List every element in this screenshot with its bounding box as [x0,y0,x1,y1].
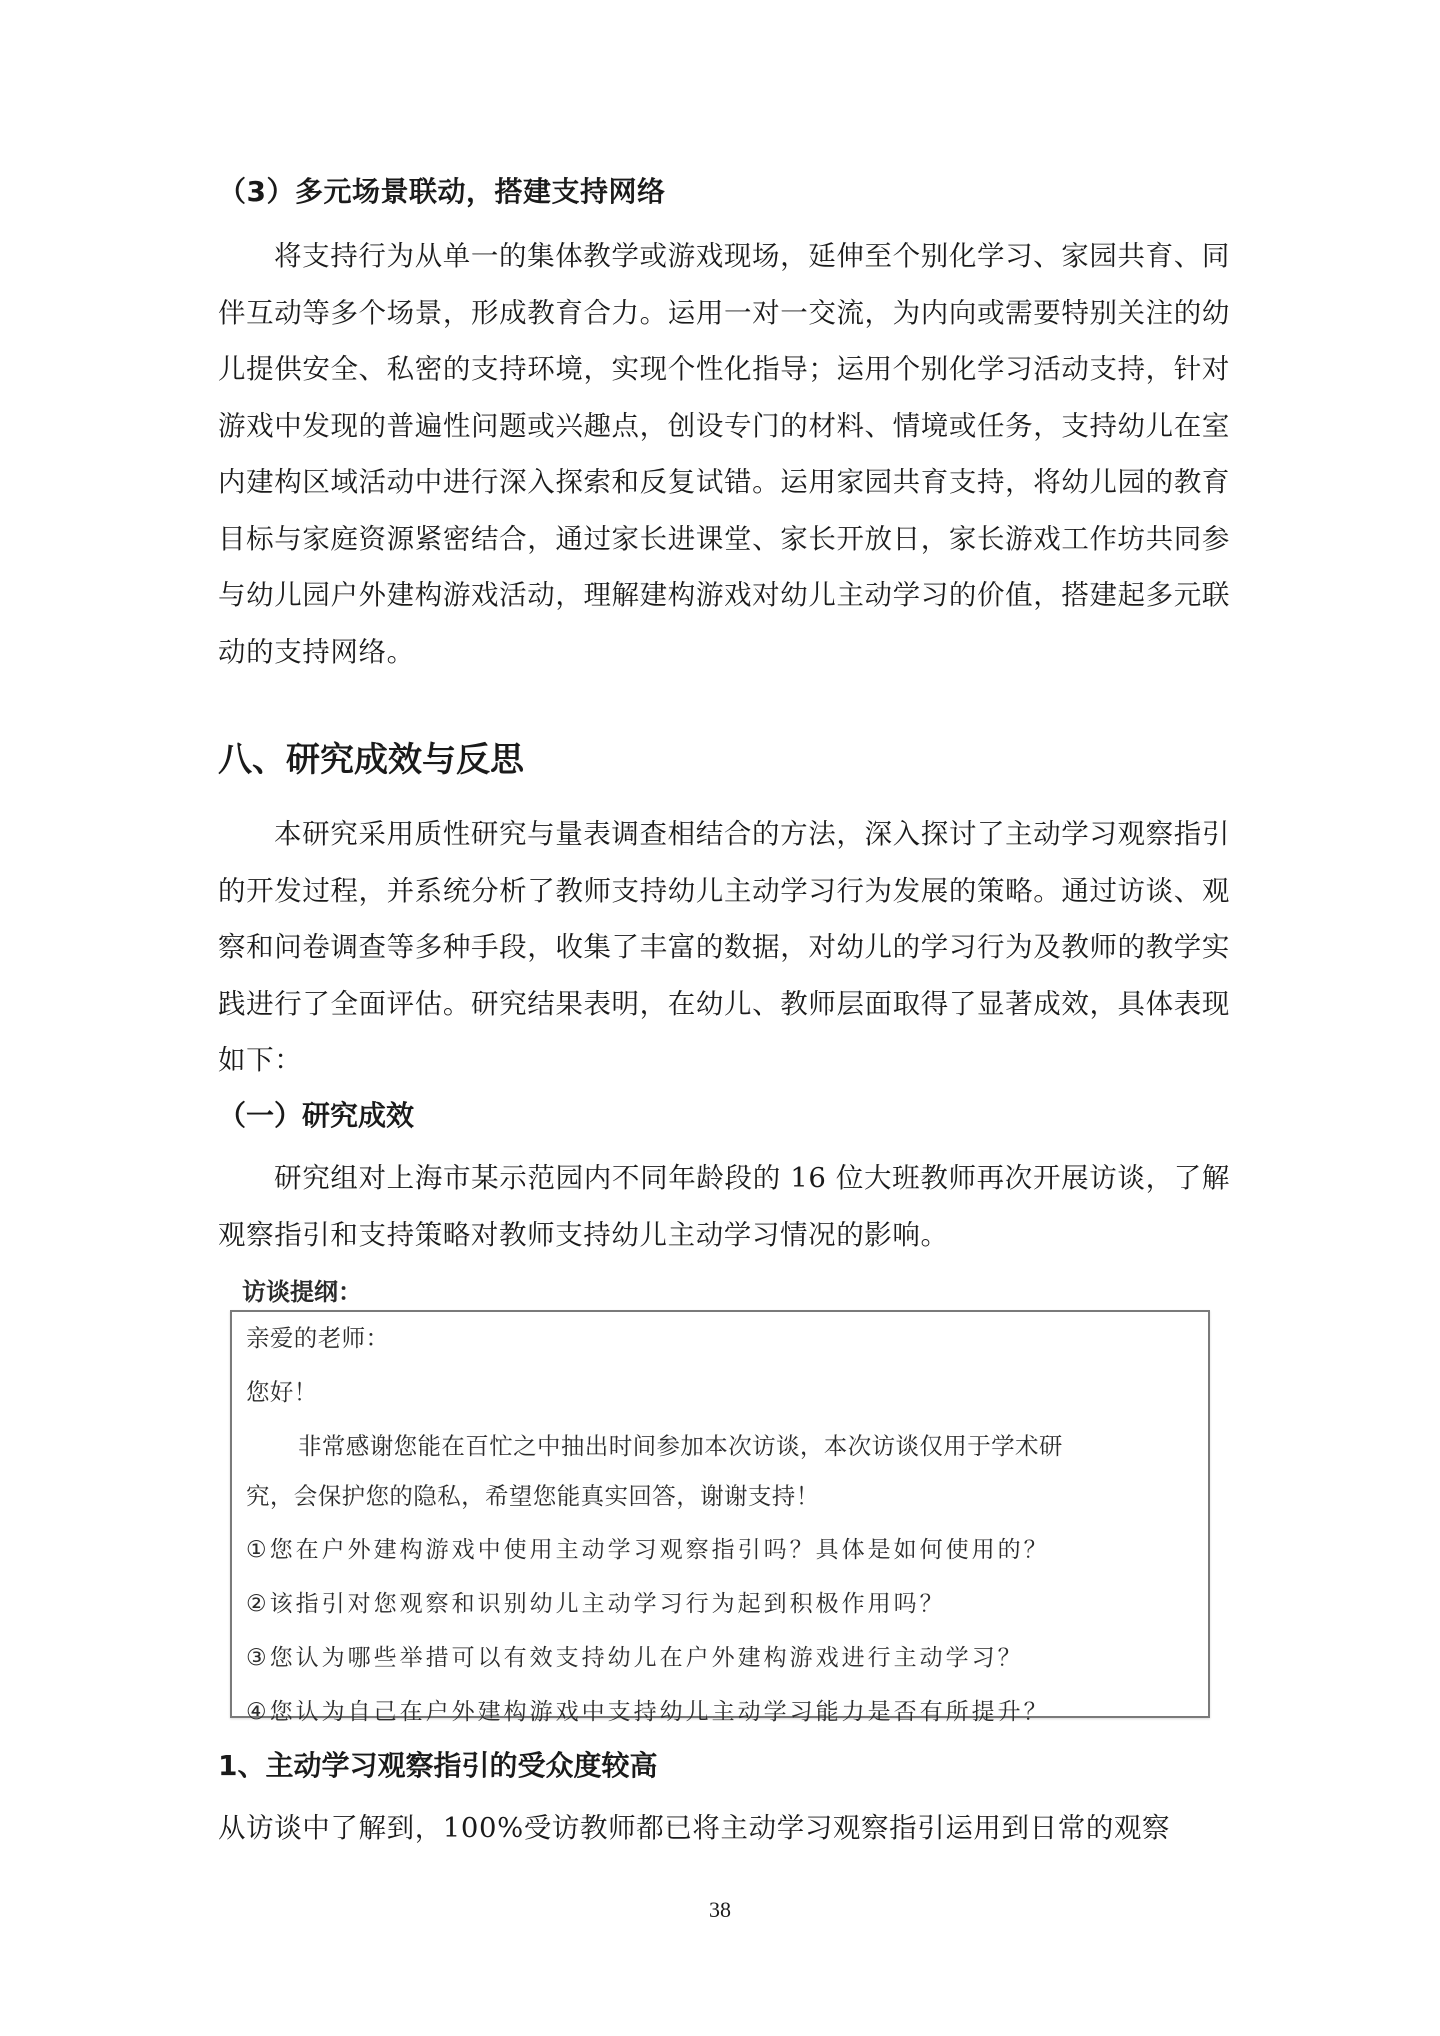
finding-paragraph: 从访谈中了解到，100%受访教师都已将主动学习观察指引运用到日常的观察 [218,1800,1230,1857]
section-paragraph: 将支持行为从单一的集体教学或游戏现场，延伸至个别化学习、家园共育、同伴互动等多个… [218,228,1230,680]
question-2: ②该指引对您观察和识别幼儿主动学习行为起到积极作用吗？ [246,1586,946,1622]
intro-line-1: 非常感谢您能在百忙之中抽出时间参加本次访谈，本次访谈仅用于学术研 [246,1428,1063,1464]
page-number: 38 [0,1896,1440,1924]
question-4: ④您认为自己在户外建构游戏中支持幼儿主动学习能力是否有所提升？ [246,1694,1050,1730]
paragraph-text: 研究组对上海市某示范园内不同年龄段的 16 位大班教师再次开展访谈，了解观察指引… [218,1162,1230,1251]
interview-outline-box: 亲爱的老师： 您好！ 非常感谢您能在百忙之中抽出时间参加本次访谈，本次访谈仅用于… [230,1310,1210,1718]
greeting: 亲爱的老师： [246,1320,389,1356]
intro-text: 非常感谢您能在百忙之中抽出时间参加本次访谈，本次访谈仅用于学术研 [298,1432,1063,1460]
figure-title: 访谈提纲： [242,1274,362,1310]
finding-heading: 1、主动学习观察指引的受众度较高 [218,1746,657,1786]
paragraph-text: 将支持行为从单一的集体教学或游戏现场，延伸至个别化学习、家园共育、同伴互动等多个… [218,240,1230,668]
intro-line-2: 究，会保护您的隐私，希望您能真实回答，谢谢支持！ [246,1478,820,1514]
subsection-paragraph: 研究组对上海市某示范园内不同年龄段的 16 位大班教师再次开展访谈，了解观察指引… [218,1150,1230,1263]
chapter-heading: 八、研究成效与反思 [218,736,524,784]
chapter-paragraph: 本研究采用质性研究与量表调查相结合的方法，深入探讨了主动学习观察指引的开发过程，… [218,806,1230,1089]
question-3: ③您认为哪些举措可以有效支持幼儿在户外建构游戏进行主动学习？ [246,1640,1024,1676]
paragraph-text: 本研究采用质性研究与量表调查相结合的方法，深入探讨了主动学习观察指引的开发过程，… [218,818,1230,1076]
question-1: ①您在户外建构游戏中使用主动学习观察指引吗？具体是如何使用的？ [246,1532,1050,1568]
section-heading: （3）多元场景联动，搭建支持网络 [218,172,665,212]
hello: 您好！ [246,1374,318,1410]
subsection-heading: （一）研究成效 [218,1096,414,1136]
